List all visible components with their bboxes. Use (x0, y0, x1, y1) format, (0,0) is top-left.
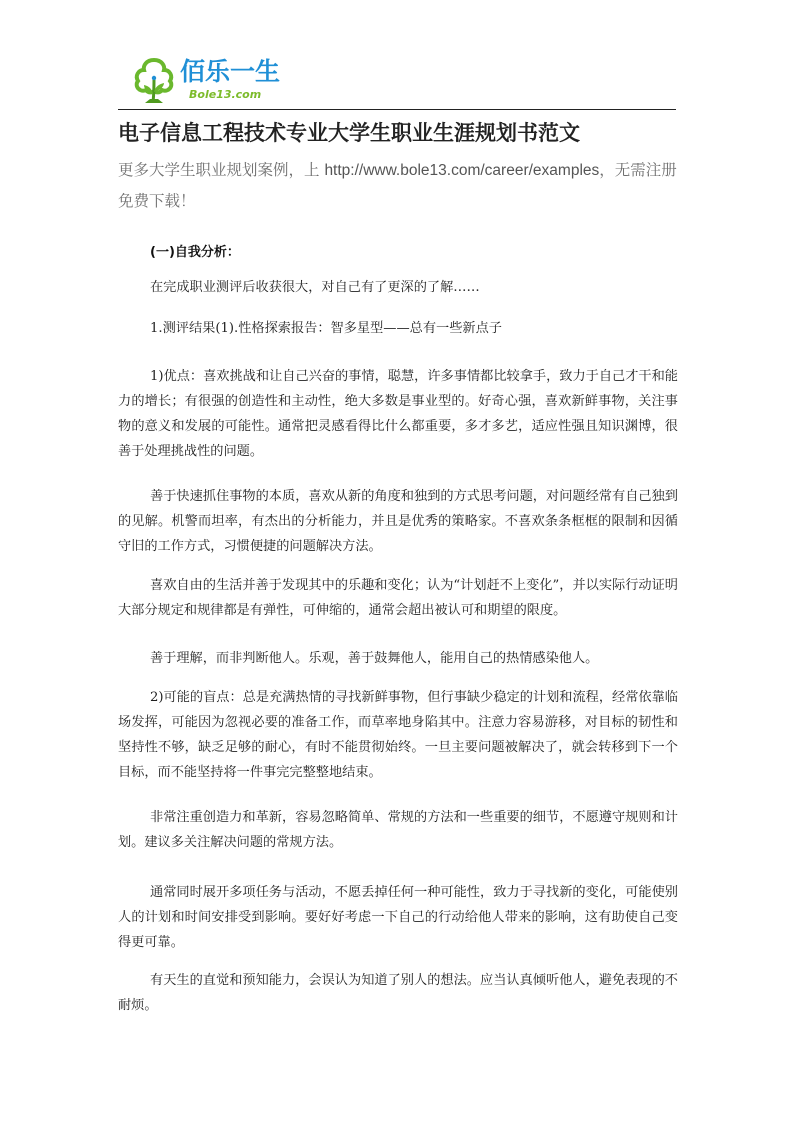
paragraph-essence: 善于快速抓住事物的本质，喜欢从新的角度和独到的方式思考问题，对问题经常有自己独到… (118, 484, 678, 559)
paragraph-intro: 在完成职业测评后收获很大，对自己有了更深的了解…… (150, 275, 690, 300)
download-note-prefix: 更多大学生职业规划案例，上 (118, 161, 324, 179)
paragraph-blindspots: 2)可能的盲点：总是充满热情的寻找新鲜事物，但行事缺少稳定的计划和流程，经常依靠… (118, 685, 678, 785)
logo-domain: Bole13.com (189, 88, 261, 101)
section-heading: (一)自我分析： (150, 241, 240, 260)
document-title: 电子信息工程技术专业大学生职业生涯规划书范文 (118, 118, 718, 148)
site-header: 佰乐一生 Bole13.com (118, 50, 676, 110)
paragraph-strengths: 1)优点：喜欢挑战和让自己兴奋的事情，聪慧，许多事情都比较拿手，致力于自己才干和… (118, 364, 678, 464)
paragraph-test-result: 1.测评结果(1).性格探索报告：智多星型——总有一些新点子 (150, 316, 690, 341)
logo-text: 佰乐一生 (180, 58, 280, 86)
paragraph-intuition: 有天生的直觉和预知能力，会误认为知道了别人的想法。应当认真倾听他人，避免表现的不… (118, 968, 678, 1018)
paragraph-innovation: 非常注重创造力和革新，容易忽略简单、常规的方法和一些重要的细节，不愿遵守规则和计… (118, 805, 678, 855)
header-divider (118, 109, 676, 110)
download-note: 更多大学生职业规划案例，上 http://www.bole13.com/care… (118, 155, 678, 216)
paragraph-multitask: 通常同时展开多项任务与活动，不愿丢掉任何一种可能性，致力于寻找新的变化，可能使别… (118, 880, 678, 955)
career-examples-link[interactable]: http://www.bole13.com/career/examples (324, 162, 599, 179)
tree-logo-icon (132, 56, 176, 106)
paragraph-understanding: 善于理解，而非判断他人。乐观，善于鼓舞他人，能用自己的热情感染他人。 (118, 646, 678, 671)
document-page: 佰乐一生 Bole13.com 电子信息工程技术专业大学生职业生涯规划书范文 更… (0, 0, 793, 1122)
paragraph-freedom: 喜欢自由的生活并善于发现其中的乐趣和变化；认为“计划赶不上变化”，并以实际行动证… (118, 573, 678, 623)
